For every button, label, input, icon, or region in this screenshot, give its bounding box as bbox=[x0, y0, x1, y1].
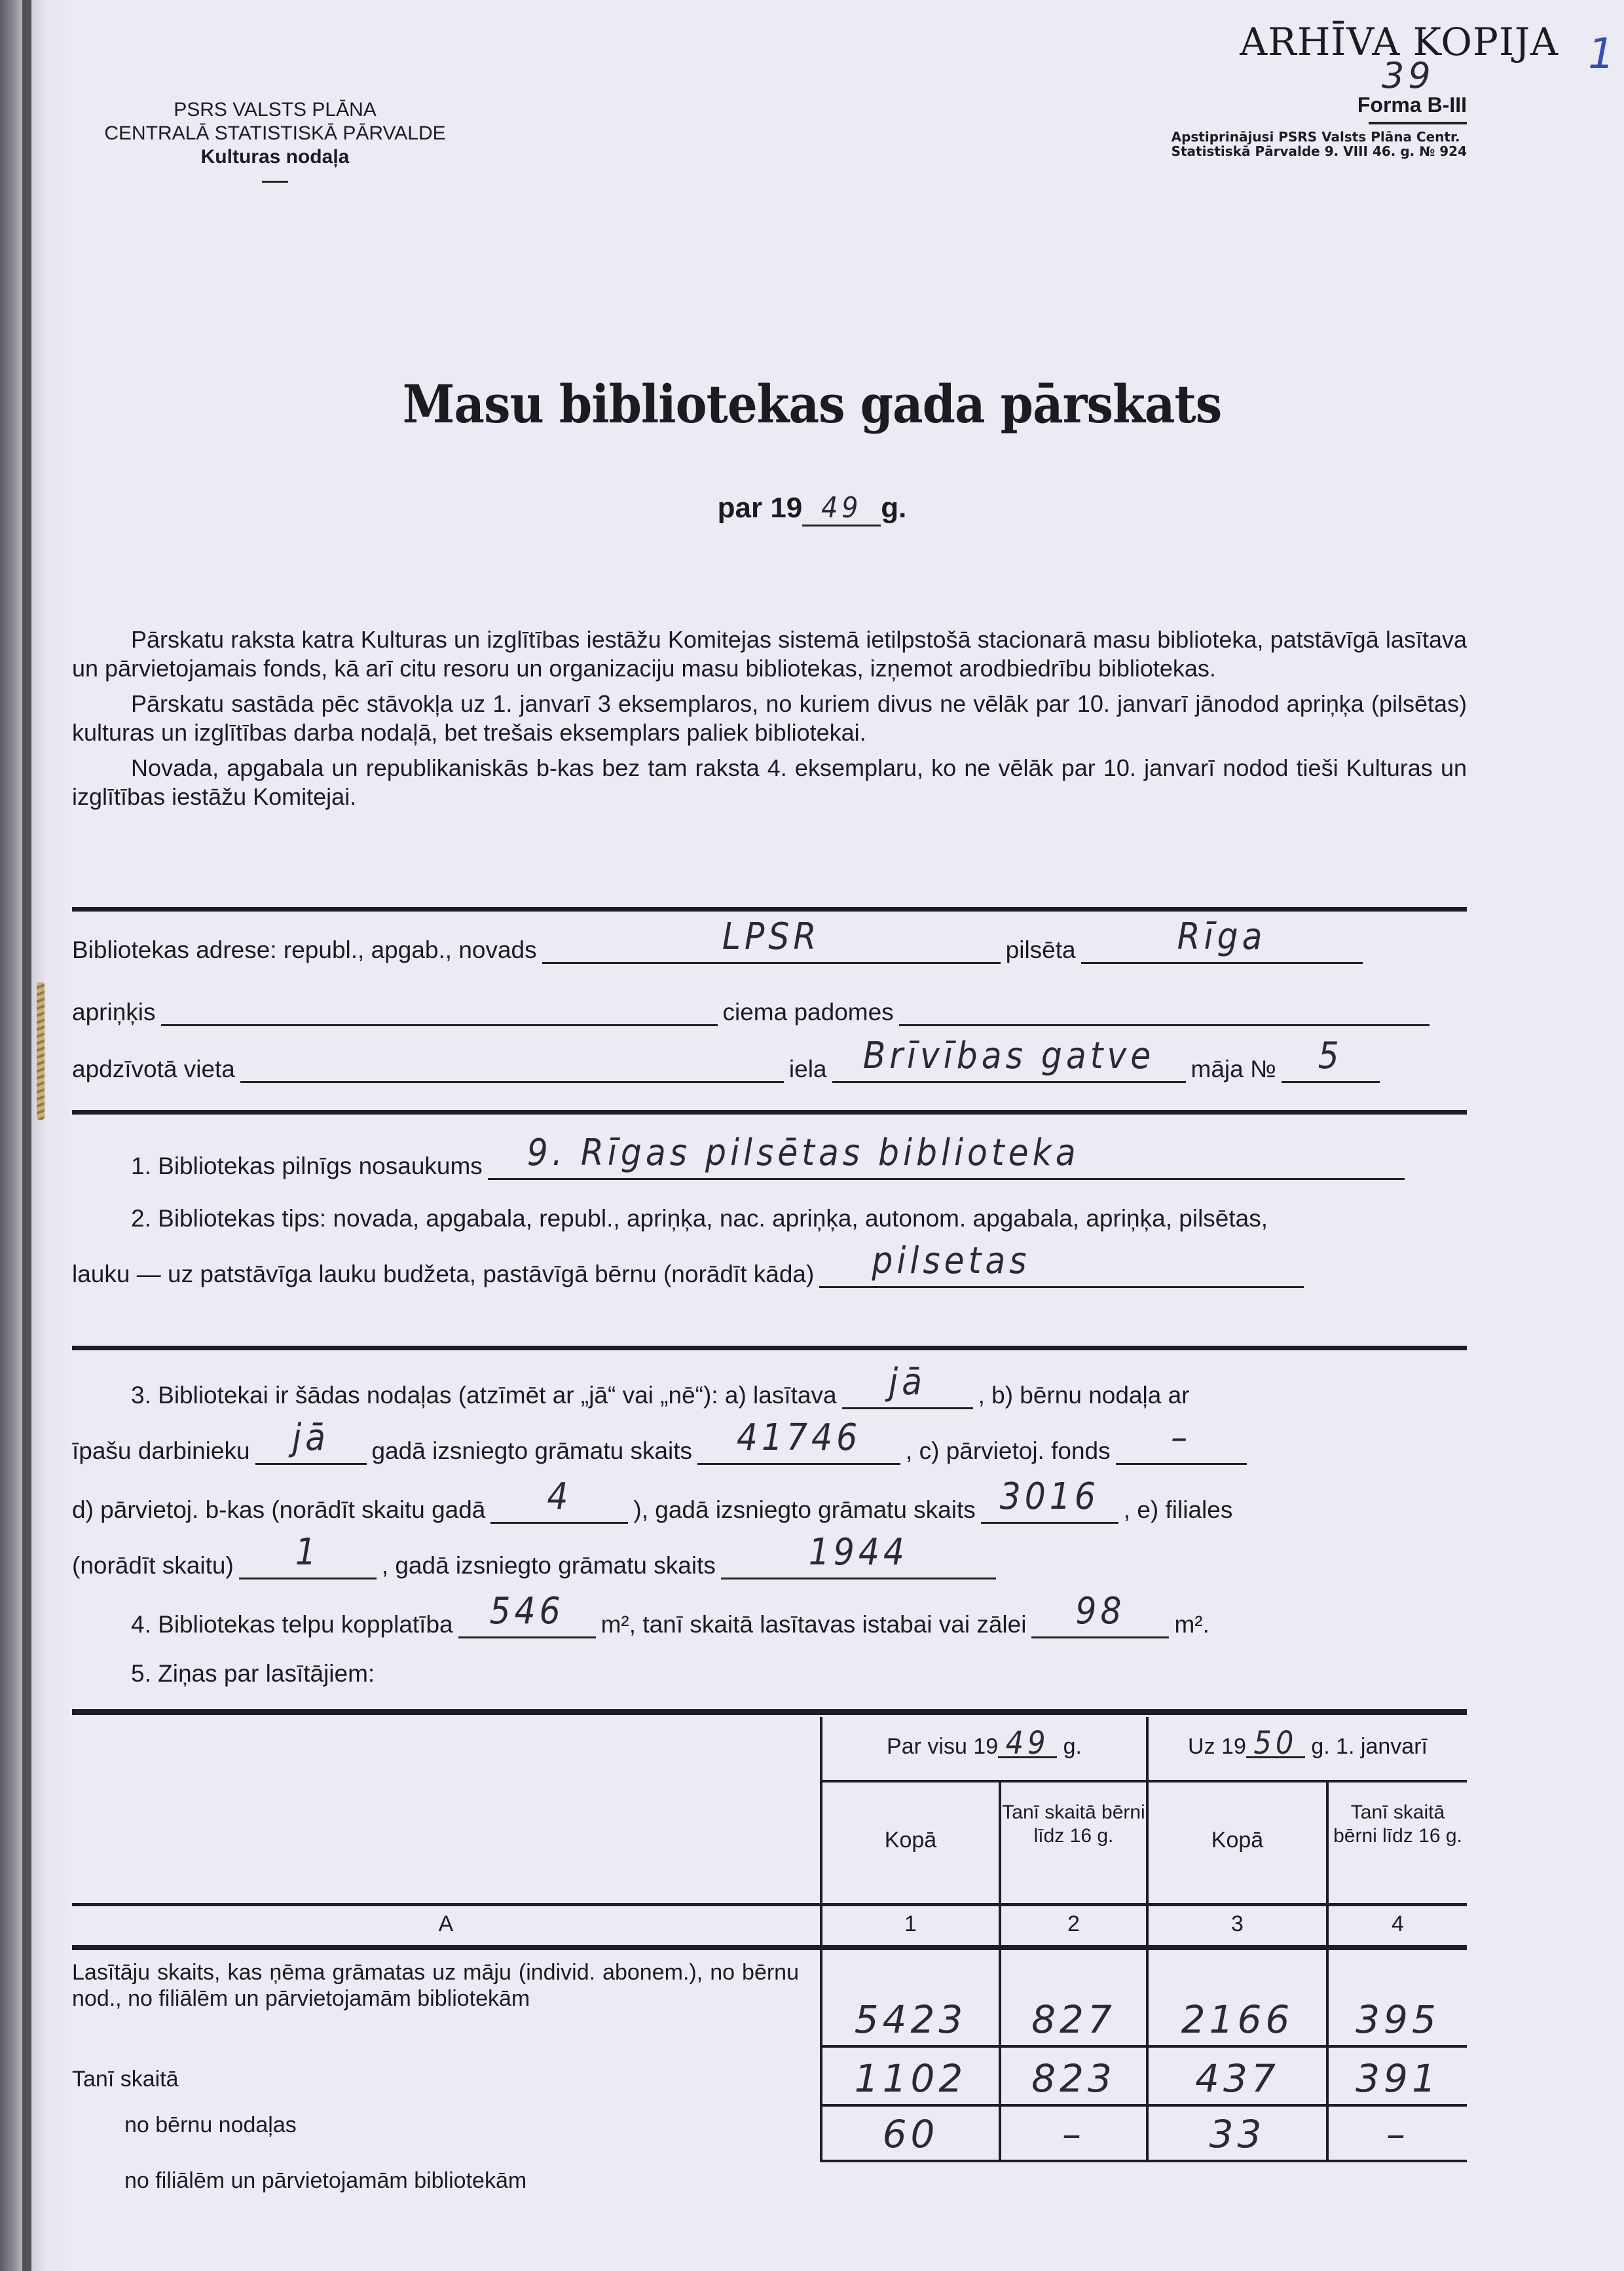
row-rule bbox=[820, 2160, 1467, 2162]
mobile-fund-value: – bbox=[1116, 1416, 1247, 1459]
question-1: 1. Bibliotekas pilnīgs nosaukums 9. Rīga… bbox=[131, 1153, 1467, 1180]
mobile-books-label: ), gadā izsniegto grāmatu skaits bbox=[633, 1496, 975, 1524]
branches-count-field[interactable]: 1 bbox=[239, 1575, 377, 1579]
binding-edge bbox=[22, 0, 31, 2271]
cell-total-readers-2[interactable]: 827 bbox=[1001, 1997, 1146, 2042]
row-label-branches: no filiālēm un pārvietojamām bibliotekām bbox=[124, 2168, 779, 2194]
year-field[interactable]: 49 bbox=[802, 491, 881, 526]
question-2-line-2: lauku — uz patstāvīga lauku budžeta, pas… bbox=[72, 1261, 1467, 1288]
children-books-label: gadā izsniegto grāmatu skaits bbox=[372, 1437, 693, 1465]
group2-year-field[interactable]: 50 bbox=[1246, 1730, 1305, 1758]
mobile-fund-field[interactable]: – bbox=[1116, 1460, 1247, 1465]
letters-row-rule bbox=[72, 1945, 1467, 1950]
reading-room-field[interactable]: jā bbox=[842, 1405, 973, 1409]
address-label: Bibliotekas adrese: republ., apgab., nov… bbox=[72, 936, 537, 964]
question-5: 5. Ziņas par lasītājiem: bbox=[131, 1660, 1467, 1688]
mobile-libs-label: d) pārvietoj. b-kas (norādīt skaitu gadā bbox=[72, 1496, 485, 1524]
col-letter-2: 2 bbox=[1001, 1911, 1146, 1937]
year-prefix: par 19 bbox=[718, 492, 803, 524]
row-label-children-dept: no bērnu nodaļas bbox=[124, 2112, 779, 2138]
q2-label-2: lauku — uz patstāvīga lauku budžeta, pas… bbox=[72, 1261, 814, 1288]
q5-label: 5. Ziņas par lasītājiem: bbox=[131, 1660, 375, 1688]
scanned-page: ARHĪVA KOPIJA 39 1 PSRS VALSTS PLĀNA CEN… bbox=[0, 0, 1624, 2271]
children-books-value: 41746 bbox=[697, 1416, 900, 1459]
org-department: Kulturas nodaļa bbox=[72, 145, 478, 169]
org-line-2: CENTRALĀ STATISTISKĀ PĀRVALDE bbox=[72, 122, 478, 145]
city-field[interactable]: Rīga bbox=[1081, 959, 1363, 964]
question-2-line-1: 2. Bibliotekas tips: novada, apgabala, r… bbox=[131, 1205, 1467, 1232]
street-label: iela bbox=[789, 1056, 827, 1083]
special-staff-value: jā bbox=[255, 1416, 367, 1459]
col-letter-3: 3 bbox=[1149, 1911, 1326, 1937]
cell-branches-3[interactable]: 33 bbox=[1149, 2112, 1326, 2156]
year-suffix: g. bbox=[881, 492, 906, 524]
cell-children-dept-4[interactable]: 391 bbox=[1329, 2056, 1467, 2101]
branches-books-field[interactable]: 1944 bbox=[721, 1575, 996, 1579]
house-label: māja № bbox=[1191, 1056, 1276, 1083]
instructions: Pārskatu raksta katra Kulturas un izglīt… bbox=[72, 625, 1467, 818]
city-label: pilsēta bbox=[1006, 936, 1076, 964]
special-staff-label: īpašu darbinieku bbox=[72, 1437, 250, 1465]
row-label-total-readers: Lasītāju skaits, kas ņēma grāmatas uz mā… bbox=[72, 1959, 799, 2012]
approval-line-1: Apstiprinājusi PSRS Valsts Plāna Centr. bbox=[1172, 130, 1467, 144]
city-value: Rīga bbox=[1081, 915, 1363, 958]
group-header-year-total: Par visu 1949 g. bbox=[822, 1730, 1146, 1760]
cell-branches-2[interactable]: – bbox=[1001, 2112, 1146, 2156]
mobile-books-value: 3016 bbox=[981, 1475, 1118, 1518]
branches-books-label: , gadā izsniegto grāmatu skaits bbox=[382, 1552, 716, 1579]
group2-prefix: Uz 19 bbox=[1188, 1734, 1246, 1759]
question-3-line-4: (norādīt skaitu) 1 , gadā izsniegto grām… bbox=[72, 1552, 1467, 1579]
handwritten-page-number: 39 bbox=[1382, 55, 1435, 96]
street-field[interactable]: Brīvības gatve bbox=[832, 1079, 1186, 1083]
group2-suffix: g. 1. janvarī bbox=[1311, 1734, 1428, 1759]
instruction-paragraph: Pārskatu raksta katra Kulturas un izglīt… bbox=[72, 625, 1467, 683]
section-divider bbox=[72, 1110, 1467, 1115]
q4-label: 4. Bibliotekas telpu kopplatība bbox=[131, 1611, 453, 1638]
col-header-total-2: Kopā bbox=[1149, 1827, 1326, 1853]
approval-line-2: Statistiskā Pārvalde 9. VIII 46. g. № 92… bbox=[1172, 144, 1467, 158]
area-unit-2: m². bbox=[1174, 1611, 1209, 1638]
group1-year-field[interactable]: 49 bbox=[998, 1730, 1057, 1758]
cell-children-dept-1[interactable]: 1102 bbox=[822, 2056, 999, 2101]
section-divider bbox=[72, 907, 1467, 912]
report-year: par 1949g. bbox=[0, 491, 1624, 526]
q2-label-1: 2. Bibliotekas tips: novada, apgabala, r… bbox=[131, 1205, 1268, 1232]
col-letter-a: A bbox=[72, 1911, 820, 1937]
instruction-paragraph: Pārskatu sastāda pēc stāvokļa uz 1. janv… bbox=[72, 690, 1467, 747]
novads-field[interactable]: LPSR bbox=[542, 959, 1001, 964]
row-rule bbox=[820, 2104, 1467, 2107]
q1-label: 1. Bibliotekas pilnīgs nosaukums bbox=[131, 1153, 483, 1180]
group-header-jan-1: Uz 1950 g. 1. janvarī bbox=[1149, 1730, 1467, 1760]
special-staff-field[interactable]: jā bbox=[255, 1460, 367, 1465]
col-header-total-1: Kopā bbox=[822, 1827, 999, 1853]
header-rule bbox=[72, 1903, 1467, 1906]
house-field[interactable]: 5 bbox=[1282, 1079, 1380, 1083]
question-3-line-2: īpašu darbinieku jā gadā izsniegto grāma… bbox=[72, 1437, 1467, 1465]
address-row-3: apdzīvotā vieta iela Brīvības gatve māja… bbox=[72, 1056, 1467, 1083]
library-type-field[interactable]: pilsetas bbox=[819, 1283, 1304, 1288]
form-code: Forma B-III bbox=[1357, 93, 1467, 117]
table-top-rule bbox=[72, 1709, 1467, 1715]
street-value: Brīvības gatve bbox=[832, 1035, 1186, 1077]
mobile-libs-value: 4 bbox=[490, 1475, 628, 1518]
library-type-value: pilsetas bbox=[819, 1240, 1304, 1282]
row-rule bbox=[820, 2045, 1467, 2048]
mobile-libs-field[interactable]: 4 bbox=[490, 1519, 628, 1524]
org-line-1: PSRS VALSTS PLĀNA bbox=[72, 98, 478, 122]
total-area-field[interactable]: 546 bbox=[458, 1634, 596, 1638]
branches-label: , e) filiales bbox=[1124, 1496, 1233, 1524]
section-divider bbox=[72, 1346, 1467, 1350]
group1-prefix: Par visu 19 bbox=[887, 1734, 998, 1759]
cell-branches-4[interactable]: – bbox=[1329, 2112, 1467, 2156]
area-unit: m² bbox=[601, 1611, 629, 1638]
binding-thread bbox=[37, 982, 45, 1120]
novads-value: LPSR bbox=[542, 915, 1001, 958]
question-3-line-1: 3. Bibliotekai ir šādas nodaļas (atzīmēt… bbox=[131, 1382, 1467, 1409]
mobile-fund-label: , c) pārvietoj. fonds bbox=[906, 1437, 1111, 1465]
village-field[interactable] bbox=[899, 1022, 1430, 1026]
question-3-line-3: d) pārvietoj. b-kas (norādīt skaitu gadā… bbox=[72, 1496, 1467, 1524]
approval-note: Apstiprinājusi PSRS Valsts Plāna Centr. … bbox=[1172, 130, 1467, 158]
cell-branches-1[interactable]: 60 bbox=[822, 2112, 999, 2156]
children-books-field[interactable]: 41746 bbox=[697, 1460, 900, 1465]
col-letter-1: 1 bbox=[822, 1911, 999, 1937]
address-row-1: Bibliotekas adrese: republ., apgab., nov… bbox=[72, 936, 1467, 964]
branches-count-value: 1 bbox=[239, 1531, 377, 1574]
library-name-value: 9. Rīgas pilsētas biblioteka bbox=[488, 1132, 1405, 1174]
settlement-label: apdzīvotā vieta bbox=[72, 1056, 235, 1083]
cell-total-readers-1[interactable]: 5423 bbox=[822, 1997, 999, 2042]
cell-children-dept-2[interactable]: 823 bbox=[1001, 2056, 1146, 2101]
q3-intro: 3. Bibliotekai ir šādas nodaļas (atzīmēt… bbox=[131, 1382, 837, 1409]
reading-area-field[interactable]: 98 bbox=[1031, 1634, 1169, 1638]
total-area-value: 546 bbox=[458, 1590, 596, 1633]
branches-note: (norādīt skaitu) bbox=[72, 1552, 234, 1579]
house-value: 5 bbox=[1282, 1035, 1380, 1077]
group1-suffix: g. bbox=[1063, 1734, 1082, 1759]
reading-area-value: 98 bbox=[1031, 1590, 1169, 1633]
mobile-books-field[interactable]: 3016 bbox=[981, 1519, 1118, 1524]
branches-books-value: 1944 bbox=[721, 1531, 996, 1574]
settlement-field[interactable] bbox=[240, 1079, 784, 1083]
col-header-children-1: Tanī skaitā bērni līdz 16 g. bbox=[1001, 1801, 1146, 1848]
cell-total-readers-4[interactable]: 395 bbox=[1329, 1997, 1467, 2042]
district-label: apriņķis bbox=[72, 999, 156, 1026]
col-header-children-2: Tanī skaitā bērni līdz 16 g. bbox=[1329, 1801, 1467, 1848]
col-letter-4: 4 bbox=[1329, 1911, 1467, 1937]
children-dept-label: , b) bērnu nodaļa ar bbox=[978, 1382, 1190, 1409]
document-title: Masu bibliotekas gada pārskats bbox=[0, 373, 1624, 435]
reading-room-value: jā bbox=[842, 1361, 973, 1403]
handwritten-mark: 1 bbox=[1588, 30, 1615, 79]
address-row-2: apriņķis ciema padomes bbox=[72, 999, 1467, 1026]
district-field[interactable] bbox=[161, 1022, 718, 1026]
header-dash bbox=[262, 181, 288, 183]
organization-header: PSRS VALSTS PLĀNA CENTRALĀ STATISTISKĀ P… bbox=[72, 98, 478, 183]
form-code-underline bbox=[1369, 122, 1467, 124]
row-label-of-which: Tanī skaitā bbox=[72, 2066, 465, 2092]
instruction-paragraph: Novada, apgabala un republikaniskās b-ka… bbox=[72, 754, 1467, 811]
cell-children-dept-3[interactable]: 437 bbox=[1149, 2056, 1326, 2101]
library-name-field[interactable]: 9. Rīgas pilsētas biblioteka bbox=[488, 1175, 1405, 1180]
cell-total-readers-3[interactable]: 2166 bbox=[1149, 1997, 1326, 2042]
reading-area-label: , tanī skaitā lasītavas istabai vai zāle… bbox=[629, 1611, 1027, 1638]
village-label: ciema padomes bbox=[723, 999, 894, 1026]
group-header-rule bbox=[820, 1780, 1467, 1782]
question-4: 4. Bibliotekas telpu kopplatība 546 m² ,… bbox=[131, 1611, 1467, 1638]
